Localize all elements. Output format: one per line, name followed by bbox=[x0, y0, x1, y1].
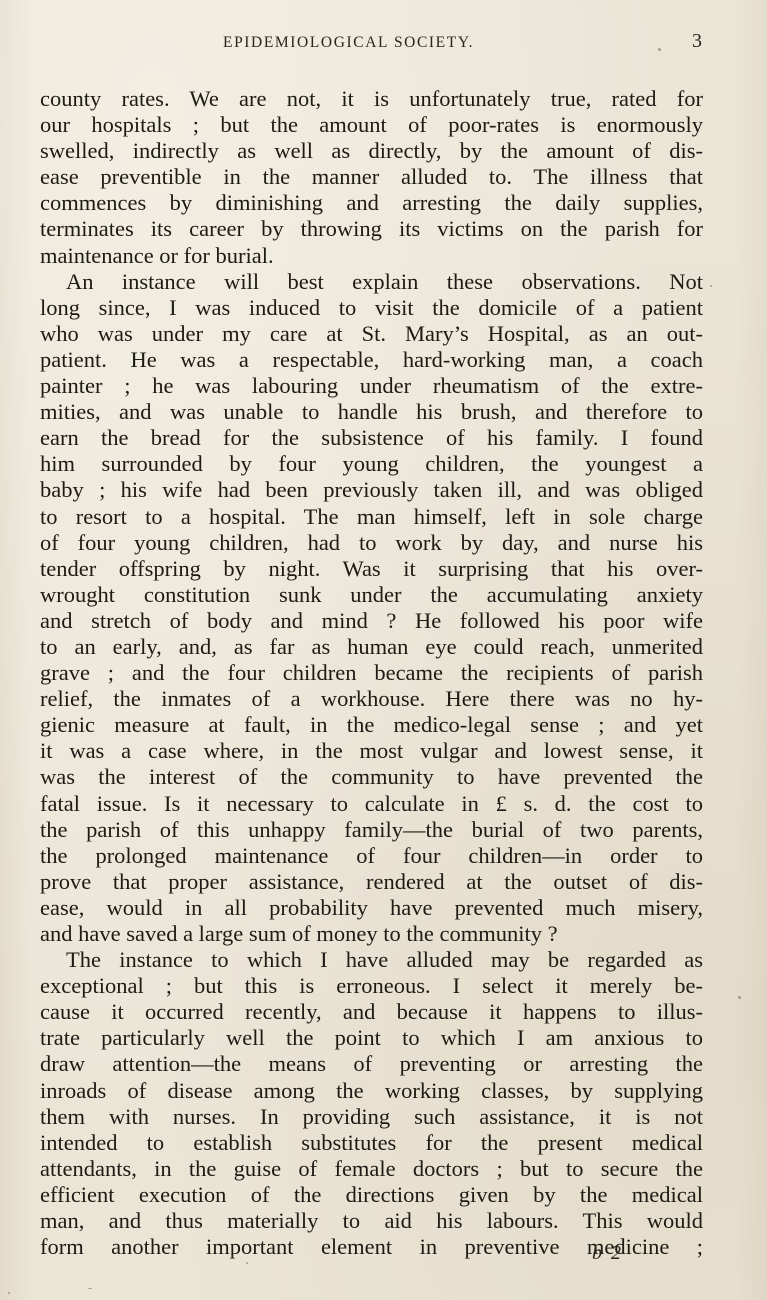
text-line: mities, and was unable to handle his bru… bbox=[40, 399, 703, 425]
text-line: wrought constitution sunk under the accu… bbox=[40, 582, 703, 608]
text-line: was the interest of the community to hav… bbox=[40, 764, 703, 790]
page-number: 3 bbox=[692, 30, 702, 53]
text-line: earn the bread for the subsistence of hi… bbox=[40, 425, 703, 451]
text-line: efficient execution of the directions gi… bbox=[40, 1182, 703, 1208]
text-line: commences by diminishing and arresting t… bbox=[40, 190, 703, 216]
paper-speck bbox=[246, 1262, 248, 1264]
text-line: gienic measure at fault, in the medico-l… bbox=[40, 712, 703, 738]
body-text: county rates. We are not, it is unfortun… bbox=[40, 86, 703, 1260]
text-line: county rates. We are not, it is unfortun… bbox=[40, 86, 703, 112]
text-line: to an early, and, as far as human eye co… bbox=[40, 634, 703, 660]
paragraph-end-line: and have saved a large sum of money to t… bbox=[40, 921, 703, 947]
paper-speck bbox=[88, 1288, 92, 1289]
text-line: relief, the inmates of a workhouse. Here… bbox=[40, 686, 703, 712]
text-line: terminates its career by throwing its vi… bbox=[40, 216, 703, 242]
text-line: them with nurses. In providing such assi… bbox=[40, 1104, 703, 1130]
text-line: tender offspring by night. Was it surpri… bbox=[40, 556, 703, 582]
text-line: the prolonged maintenance of four childr… bbox=[40, 843, 703, 869]
paper-speck bbox=[738, 996, 741, 999]
text-line: fatal issue. Is it necessary to calculat… bbox=[40, 791, 703, 817]
text-line: and stretch of body and mind ? He follow… bbox=[40, 608, 703, 634]
signature-mark: b 2 bbox=[592, 1242, 623, 1265]
text-line: man, and thus materially to aid his labo… bbox=[40, 1208, 703, 1234]
text-line: baby ; his wife had been previously take… bbox=[40, 477, 703, 503]
text-line: ease preventible in the manner alluded t… bbox=[40, 164, 703, 190]
text-line: of four young children, had to work by d… bbox=[40, 530, 703, 556]
text-line: it was a case where, in the most vulgar … bbox=[40, 738, 703, 764]
text-line: patient. He was a respectable, hard-work… bbox=[40, 347, 703, 373]
paragraph-start-line: The instance to which I have alluded may… bbox=[40, 947, 703, 973]
text-line: who was under my care at St. Mary’s Hosp… bbox=[40, 321, 703, 347]
text-line: trate particularly well the point to whi… bbox=[40, 1025, 703, 1051]
paper-speck bbox=[8, 1292, 10, 1294]
paragraph-start-line: An instance will best explain these obse… bbox=[40, 269, 703, 295]
text-line: cause it occurred recently, and because … bbox=[40, 999, 703, 1025]
text-line: our hospitals ; but the amount of poor-r… bbox=[40, 112, 703, 138]
text-line: painter ; he was labouring under rheumat… bbox=[40, 373, 703, 399]
book-page: EPIDEMIOLOGICAL SOCIETY. 3 county rates.… bbox=[0, 0, 767, 1300]
paper-speck bbox=[658, 48, 661, 51]
running-title: EPIDEMIOLOGICAL SOCIETY. bbox=[223, 34, 474, 53]
text-line: grave ; and the four children became the… bbox=[40, 660, 703, 686]
text-line: long since, I was induced to visit the d… bbox=[40, 295, 703, 321]
running-head: EPIDEMIOLOGICAL SOCIETY. 3 bbox=[0, 30, 767, 58]
text-line: swelled, indirectly as well as directly,… bbox=[40, 138, 703, 164]
text-line: attendants, in the guise of female docto… bbox=[40, 1156, 703, 1182]
text-line: prove that proper assistance, rendered a… bbox=[40, 869, 703, 895]
text-line: exceptional ; but this is erroneous. I s… bbox=[40, 973, 703, 999]
text-line: to resort to a hospital. The man himself… bbox=[40, 504, 703, 530]
text-line: him surrounded by four young children, t… bbox=[40, 451, 703, 477]
text-line: the parish of this unhappy family—the bu… bbox=[40, 817, 703, 843]
paragraph-end-line: maintenance or for burial. bbox=[40, 243, 703, 269]
text-line: inroads of disease among the working cla… bbox=[40, 1078, 703, 1104]
text-line: ease, would in all probability have prev… bbox=[40, 895, 703, 921]
text-line: draw attention—the means of preventing o… bbox=[40, 1051, 703, 1077]
paper-speck bbox=[710, 285, 712, 287]
text-line: intended to establish substitutes for th… bbox=[40, 1130, 703, 1156]
